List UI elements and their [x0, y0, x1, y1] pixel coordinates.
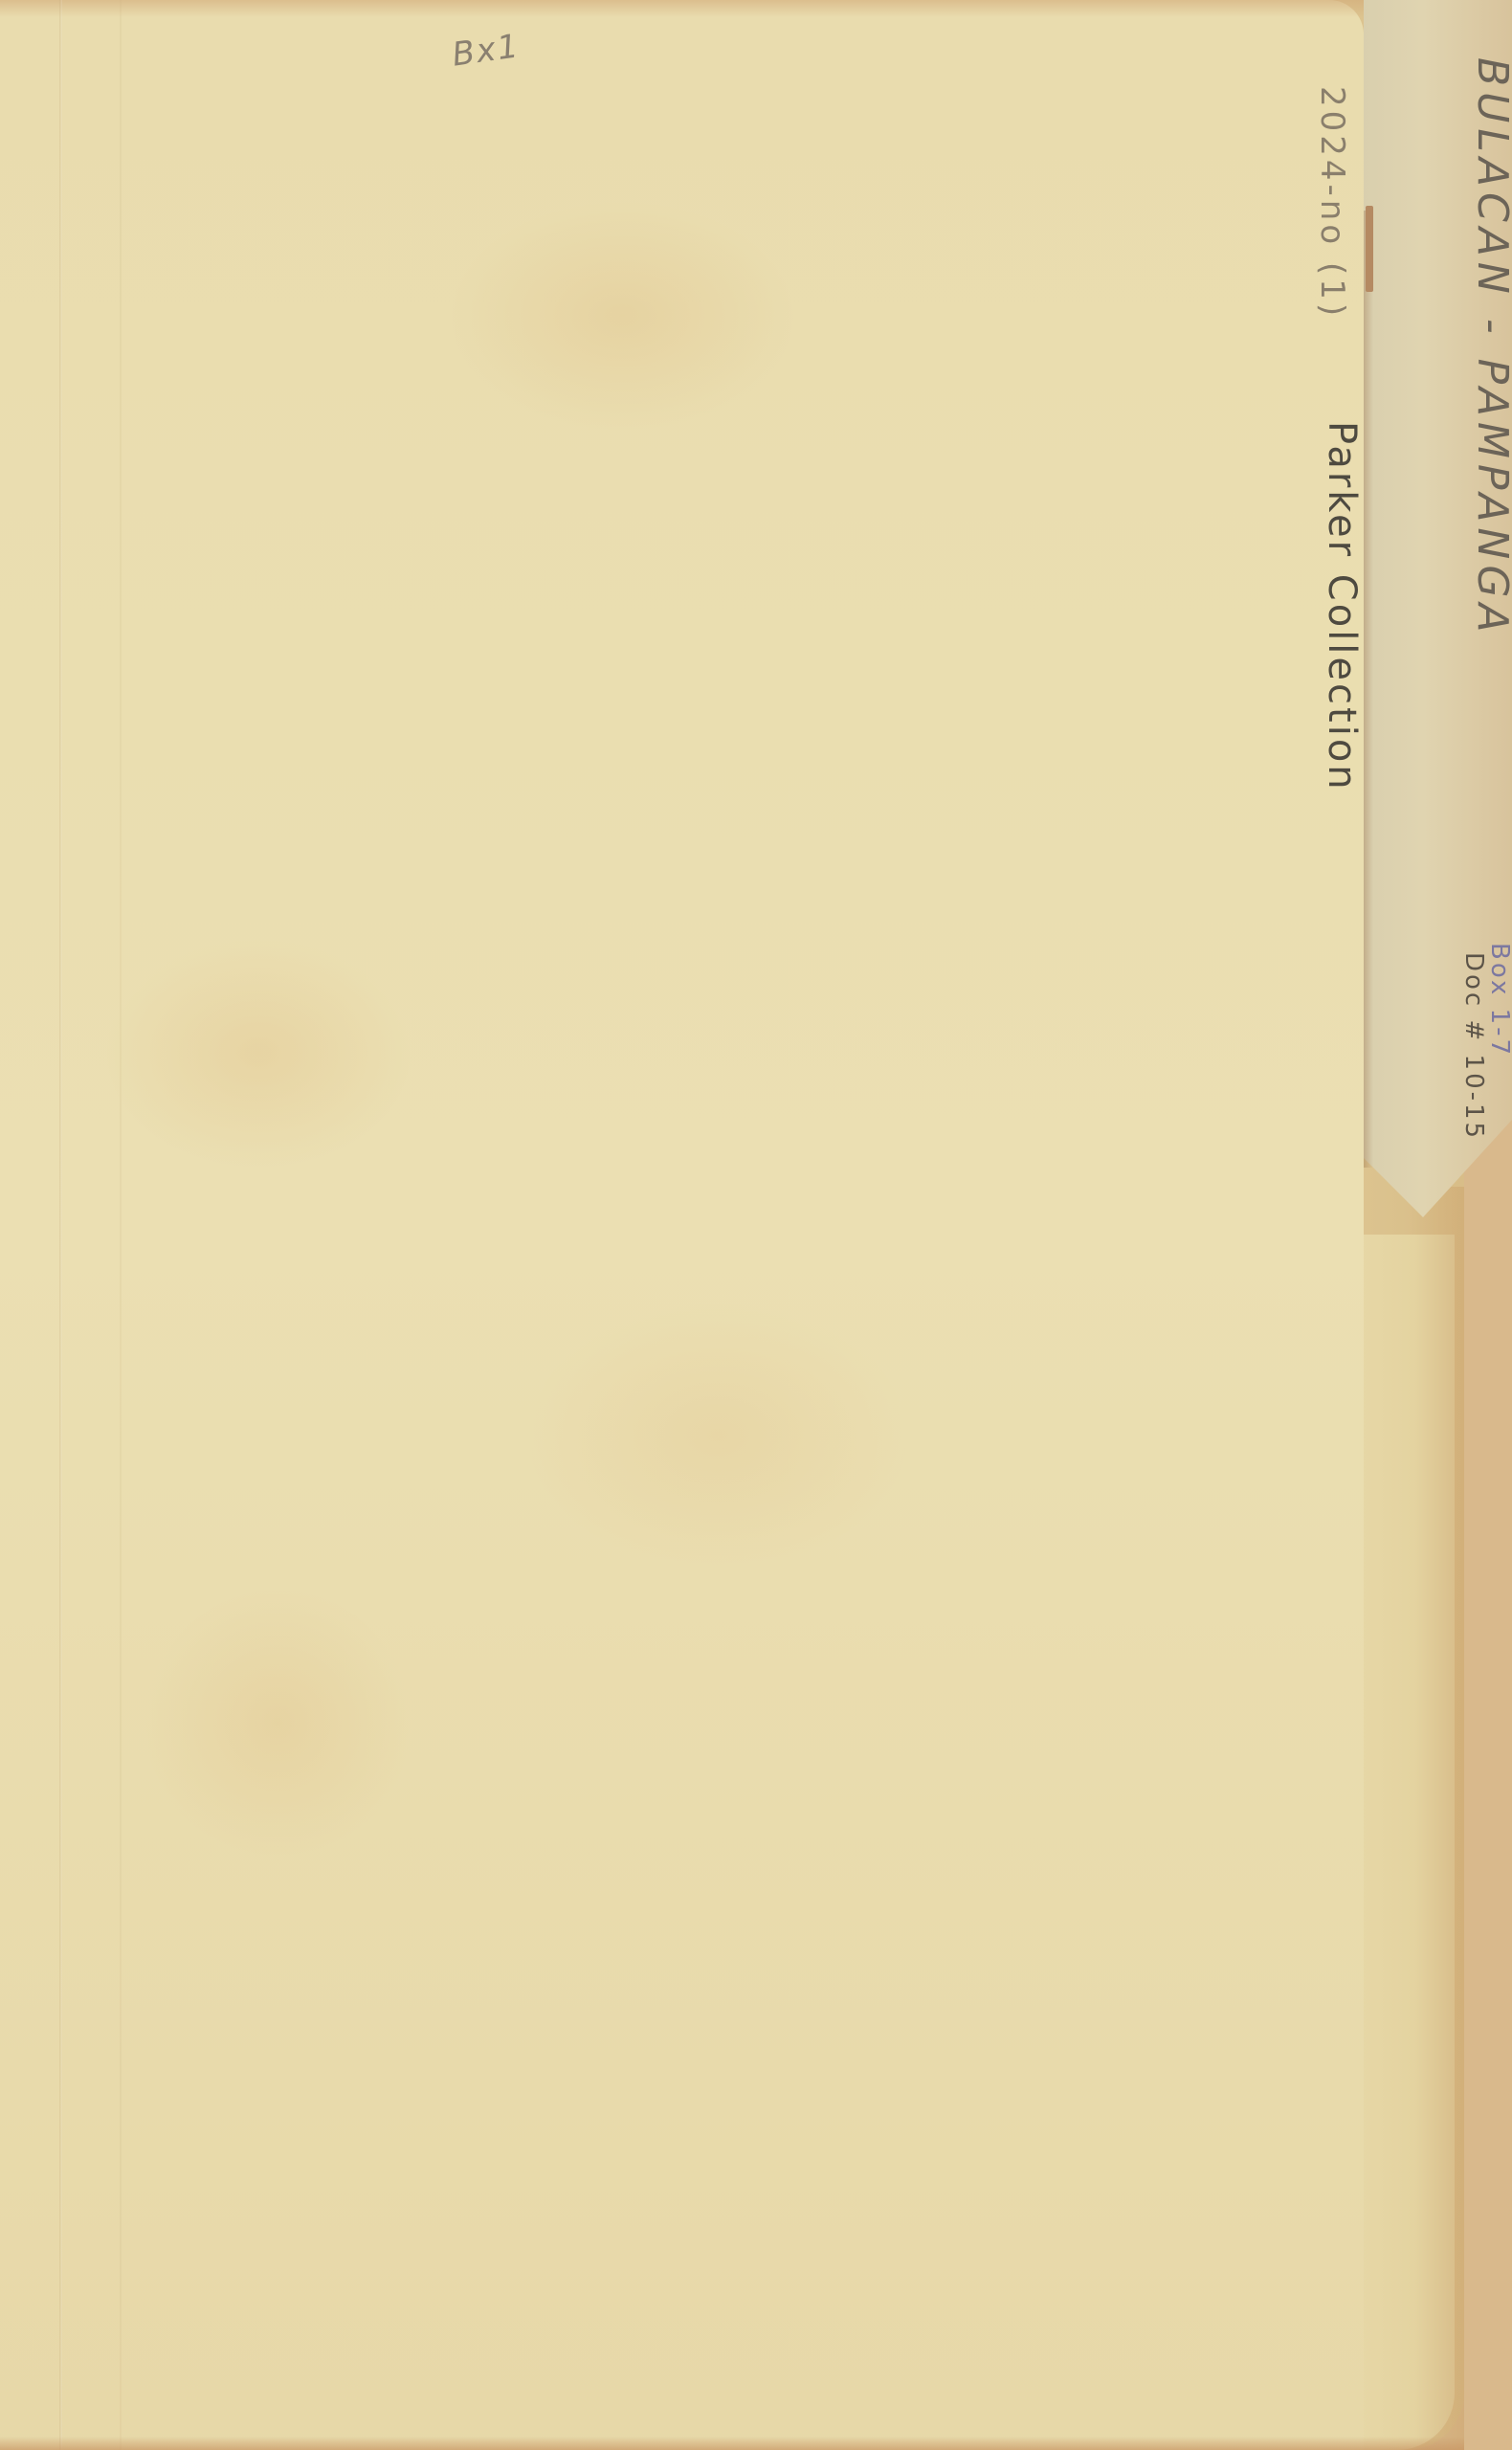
bottom-edge-shadow	[0, 2437, 1464, 2450]
index-number: 2024-no (1)	[1313, 86, 1351, 320]
top-edge-shadow	[0, 0, 1364, 17]
doc-reference: Doc # 10-15	[1459, 952, 1488, 1141]
tab-label: BULACAN - PAMPANGA	[1468, 57, 1512, 638]
collection-name: Parker Collection	[1320, 421, 1364, 792]
tab-shadow	[1364, 211, 1373, 1168]
fold-crease	[59, 0, 62, 2450]
folder-scan: BULACAN - PAMPANGA 2024-no (1) Parker Co…	[0, 0, 1512, 2450]
tab-notch	[1366, 206, 1373, 292]
box-reference: Box 1-7	[1485, 943, 1512, 1058]
front-folder-cover	[0, 0, 1364, 2450]
fold-crease-secondary	[120, 0, 122, 2450]
